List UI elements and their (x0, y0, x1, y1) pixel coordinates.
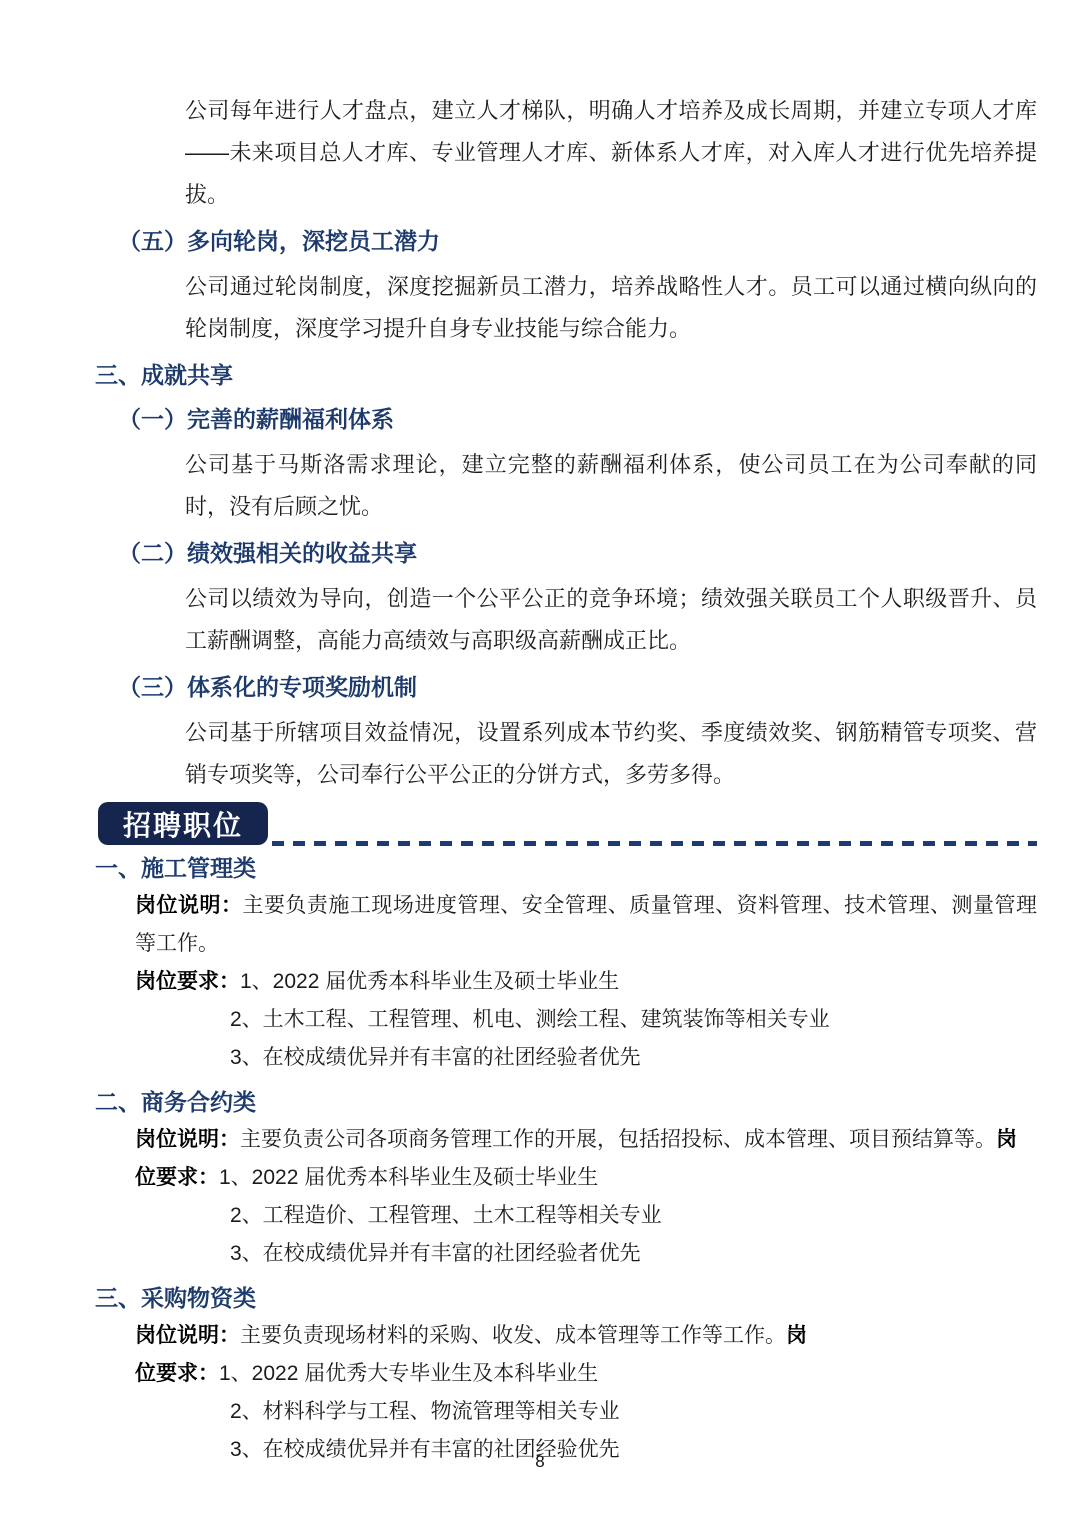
job-req-item: 2、工程造价、工程管理、土木工程等相关专业 (230, 1197, 1037, 1235)
job-title: 二、商务合约类 (95, 1083, 1037, 1121)
job-req-item: 3、在校成绩优异并有丰富的社团经验者优先 (230, 1039, 1037, 1077)
body-paragraph-welfare: 公司基于马斯洛需求理论，建立完整的薪酬福利体系，使公司员工在为公司奉献的同时，没… (185, 444, 1037, 528)
job-req-item: 2、土木工程、工程管理、机电、测绘工程、建筑装饰等相关专业 (230, 1001, 1037, 1039)
page-content: 公司每年进行人才盘点，建立人才梯队，明确人才培养及成长周期，并建立专项人才库——… (95, 0, 1037, 1475)
page-number: 8 (0, 1452, 1080, 1472)
job-req-first: 1、2022 届优秀本科毕业生及硕士毕业生 (219, 1166, 598, 1189)
job-req-line: 位要求：1、2022 届优秀本科毕业生及硕士毕业生 (135, 1159, 1037, 1197)
body-paragraph-talent-pool: 公司每年进行人才盘点，建立人才梯队，明确人才培养及成长周期，并建立专项人才库——… (185, 90, 1037, 216)
job-desc-text: 主要负责施工现场进度管理、安全管理、质量管理、资料管理、技术管理、测量管理等工作… (135, 894, 1037, 955)
subsection-heading-5: （五）多向轮岗，深挖员工潜力 (118, 222, 1037, 260)
job-desc-label: 岗位说明： (135, 894, 242, 917)
job-section-commerce: 二、商务合约类 岗位说明：主要负责公司各项商务管理工作的开展，包括招投标、成本管… (95, 1083, 1037, 1273)
recruitment-positions-badge: 招聘职位 (98, 802, 268, 845)
job-title: 三、采购物资类 (95, 1279, 1037, 1317)
body-paragraph-rewards: 公司基于所辖项目效益情况，设置系列成本节约奖、季度绩效奖、钢筋精管专项奖、营销专… (185, 712, 1037, 796)
job-title: 一、施工管理类 (95, 849, 1037, 887)
job-section-construction: 一、施工管理类 岗位说明：主要负责施工现场进度管理、安全管理、质量管理、资料管理… (95, 849, 1037, 1077)
job-req-line: 岗位要求：1、2022 届优秀本科毕业生及硕士毕业生 (135, 963, 1037, 1001)
body-paragraph-rotation: 公司通过轮岗制度，深度挖掘新员工潜力，培养战略性人才。员工可以通过横向纵向的轮岗… (185, 266, 1037, 350)
job-req-label: 岗位要求： (135, 970, 240, 993)
job-req-first: 1、2022 届优秀本科毕业生及硕士毕业生 (240, 970, 619, 993)
section-heading-achievement-sharing: 三、成就共享 (95, 356, 1037, 394)
job-desc-tail: 岗 (996, 1128, 1017, 1151)
subsection-heading-1: （一）完善的薪酬福利体系 (118, 400, 1037, 438)
job-desc-line: 岗位说明：主要负责施工现场进度管理、安全管理、质量管理、资料管理、技术管理、测量… (135, 887, 1037, 963)
job-desc-label: 岗位说明： (135, 1128, 240, 1151)
badge-row: 招聘职位 (95, 802, 1037, 845)
job-req-label: 位要求： (135, 1362, 219, 1385)
job-desc-label: 岗位说明： (135, 1324, 240, 1347)
job-desc-line: 岗位说明：主要负责公司各项商务管理工作的开展，包括招投标、成本管理、项目预结算等… (135, 1121, 1037, 1159)
subsection-heading-2: （二）绩效强相关的收益共享 (118, 534, 1037, 572)
job-section-procurement: 三、采购物资类 岗位说明：主要负责现场材料的采购、收发、成本管理等工作等工作。岗… (95, 1279, 1037, 1469)
recruitment-positions-badge-label: 招聘职位 (123, 804, 243, 844)
subsection-heading-3: （三）体系化的专项奖励机制 (118, 668, 1037, 706)
job-req-label: 位要求： (135, 1166, 219, 1189)
body-paragraph-performance: 公司以绩效为导向，创造一个公平公正的竞争环境；绩效强关联员工个人职级晋升、员工薪… (185, 578, 1037, 662)
job-desc-line: 岗位说明：主要负责现场材料的采购、收发、成本管理等工作等工作。岗 (135, 1317, 1037, 1355)
job-desc-text: 主要负责公司各项商务管理工作的开展，包括招投标、成本管理、项目预结算等。 (240, 1128, 996, 1151)
document-page: 公司每年进行人才盘点，建立人才梯队，明确人才培养及成长周期，并建立专项人才库——… (0, 0, 1080, 1527)
job-req-line: 位要求：1、2022 届优秀大专毕业生及本科毕业生 (135, 1355, 1037, 1393)
job-desc-tail: 岗 (786, 1324, 807, 1347)
dashed-divider (272, 841, 1037, 846)
job-desc-text: 主要负责现场材料的采购、收发、成本管理等工作等工作。 (240, 1324, 786, 1347)
job-req-item: 2、材料科学与工程、物流管理等相关专业 (230, 1393, 1037, 1431)
job-req-item: 3、在校成绩优异并有丰富的社团经验者优先 (230, 1235, 1037, 1273)
job-req-first: 1、2022 届优秀大专毕业生及本科毕业生 (219, 1362, 598, 1385)
